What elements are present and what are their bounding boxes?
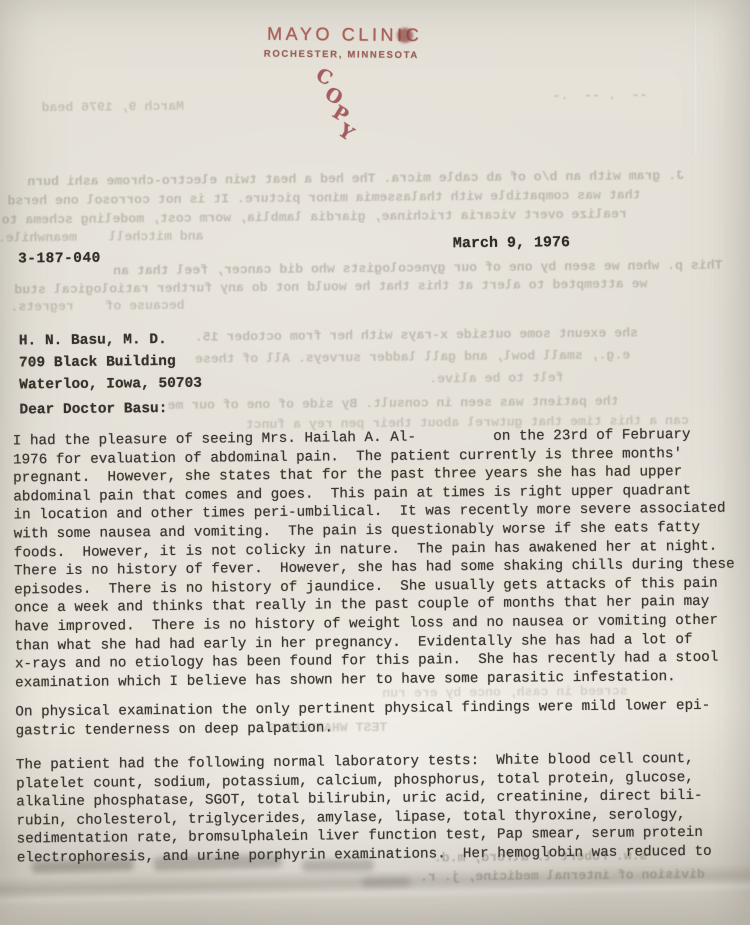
ink-smudge — [154, 854, 282, 871]
bleedthrough-fragment: and mitchell meanwhile. — [0, 229, 204, 246]
bleedthrough-fragment: e.g., small bowl, and gall ladder survey… — [195, 348, 630, 367]
recipient-address-line-1: 709 Black Building — [19, 351, 202, 375]
paragraph-2: On physical examination the only pertine… — [15, 697, 710, 741]
stamp-ink-blob — [397, 28, 413, 43]
bleedthrough-fragment: she exeunt some outside x-rays with her … — [195, 325, 638, 344]
file-number: 3-187-040 — [18, 251, 101, 268]
salutation: Dear Doctor Basu: — [19, 401, 167, 418]
bleedthrough-fragment: the patient was seen in consult. By side… — [167, 394, 618, 413]
bleedthrough-fragment: -- . -- .- — [552, 87, 647, 103]
recipient-block: H. N. Basu, M. D. 709 Black Building Wat… — [19, 330, 202, 397]
paragraph-1: I had the pleasure of seeing Mrs. Hailah… — [13, 426, 736, 693]
bleedthrough-fragment: This p. when we seen by one of our gynec… — [113, 258, 722, 279]
bleedthrough-fragment: we attempted to alert at this that he wo… — [14, 276, 647, 297]
bleedthrough-fragment: felt to be alive. — [429, 370, 564, 386]
recipient-name: H. N. Basu, M. D. — [19, 330, 202, 354]
letter-date: March 9, 1976 — [453, 234, 570, 252]
clinic-stamp-location: ROCHESTER, MINNESOTA — [264, 49, 419, 61]
bleedthrough-fragment: realize overt vicaria trichinae, giardia… — [2, 207, 627, 228]
recipient-address-line-2: Waterloo, Iowa, 50703 — [19, 373, 202, 397]
letter-page: MAYO CLINIC ROCHESTER, MINNESOTA C O P Y… — [0, 0, 750, 925]
ink-smudge — [32, 858, 134, 873]
paper-crease-vertical — [694, 0, 697, 155]
bleedthrough-fragment: March 9, 1976 bead — [42, 99, 185, 115]
letter-scan-photo: MAYO CLINIC ROCHESTER, MINNESOTA C O P Y… — [0, 0, 750, 925]
paragraph-3: The patient had the following normal lab… — [16, 750, 712, 868]
bleedthrough-fragment: because of regrets. — [10, 298, 184, 315]
